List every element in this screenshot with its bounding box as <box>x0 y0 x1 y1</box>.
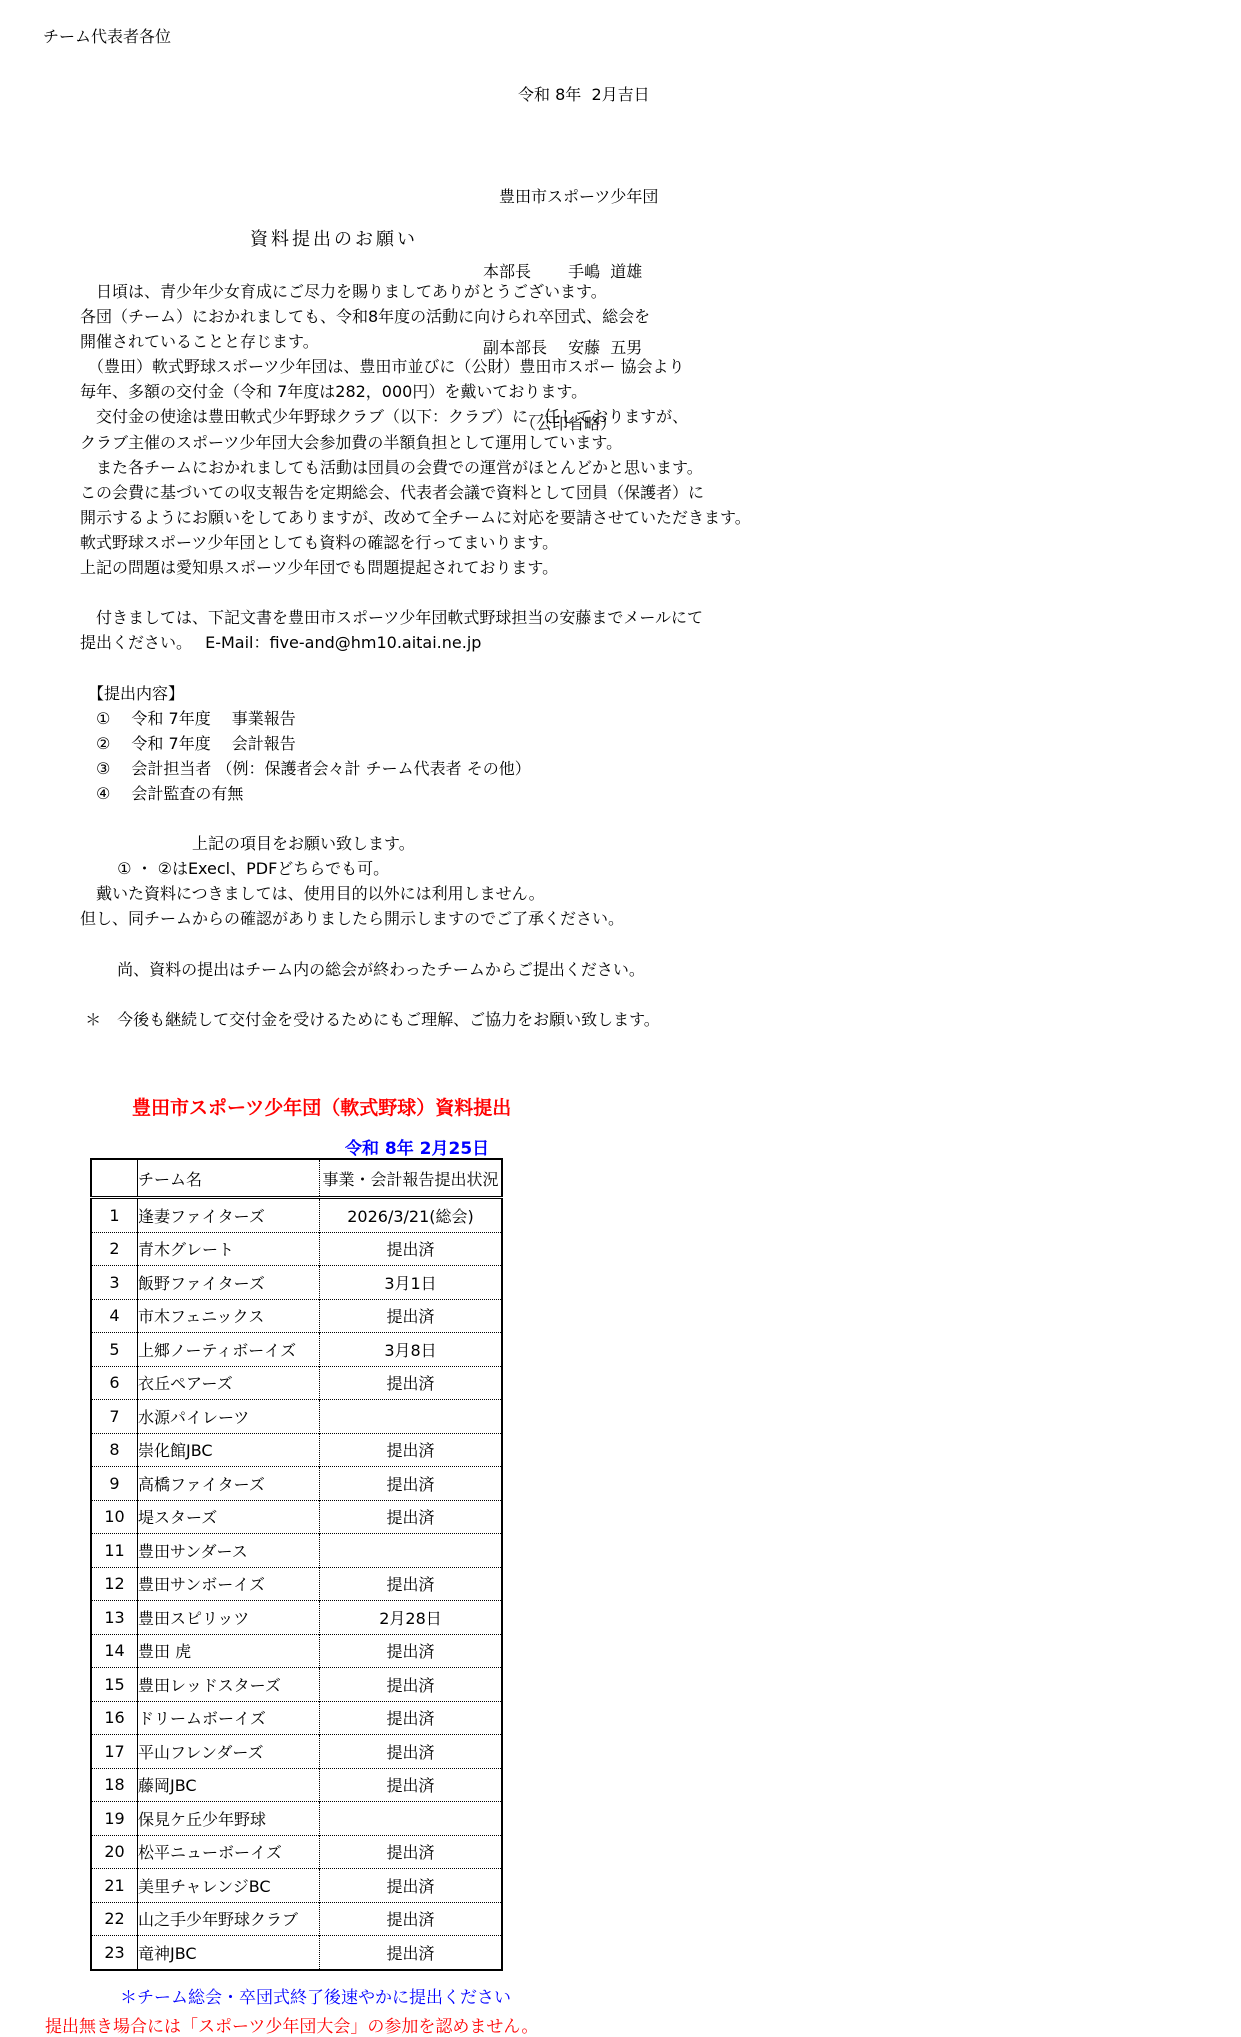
table-row: 19保見ケ丘少年野球 <box>91 1802 502 1836</box>
col-header-submission-status: 事業・会計報告提出状況 <box>320 1159 503 1198</box>
letter-line: ① 令和 7年度 事業報告 <box>80 706 751 731</box>
table-row: 17平山フレンダーズ提出済 <box>91 1735 502 1769</box>
cell-team: 竜神JBC <box>138 1936 320 1970</box>
table-row: 16ドリームボーイズ提出済 <box>91 1701 502 1735</box>
letter-line: 開示するようにお願いをしてありますが、改めて全チームに対応を要請させていただきま… <box>80 505 751 530</box>
cell-no: 12 <box>91 1567 138 1601</box>
cell-team: 豊田サンダース <box>138 1534 320 1568</box>
letter-line <box>80 806 751 831</box>
cell-status: 2月28日 <box>320 1601 503 1635</box>
cell-team: 美里チャレンジBC <box>138 1869 320 1903</box>
cell-team: 松平ニューボーイズ <box>138 1835 320 1869</box>
cell-team: 市木フェニックス <box>138 1299 320 1333</box>
cell-status <box>320 1400 503 1434</box>
letter-line: 上記の項目をお願い致します。 <box>80 831 751 856</box>
letter-line: 但し、同チームからの確認がありましたら開示しますのでご了承ください。 <box>80 906 751 931</box>
addressee: チーム代表者各位 <box>43 24 171 47</box>
table-row: 22山之手少年野球クラブ提出済 <box>91 1902 502 1936</box>
table-row: 1逢妻ファイターズ2026/3/21(総会) <box>91 1198 502 1233</box>
cell-no: 2 <box>91 1232 138 1266</box>
cell-no: 6 <box>91 1366 138 1400</box>
table-row: 15豊田レッドスターズ提出済 <box>91 1668 502 1702</box>
table-header: チーム名 事業・会計報告提出状況 <box>91 1159 502 1198</box>
letter-line: 毎年、多額の交付金（令和 7年度は282，000円）を戴いております。 <box>80 379 751 404</box>
table-row: 4市木フェニックス提出済 <box>91 1299 502 1333</box>
cell-status: 提出済 <box>320 1869 503 1903</box>
cell-no: 16 <box>91 1701 138 1735</box>
cell-team: 保見ケ丘少年野球 <box>138 1802 320 1836</box>
letter-line: 各団（チーム）におかれましても、令和8年度の活動に向けられ卒団式、総会を <box>80 304 751 329</box>
letter-line: 戴いた資料につきましては、使用目的以外には利用しません。 <box>80 881 751 906</box>
cell-team: 豊田サンボーイズ <box>138 1567 320 1601</box>
cell-status: 提出済 <box>320 1232 503 1266</box>
cell-no: 10 <box>91 1500 138 1534</box>
table-row: 9高橋ファイターズ提出済 <box>91 1467 502 1501</box>
cell-status: 提出済 <box>320 1567 503 1601</box>
cell-status: 提出済 <box>320 1366 503 1400</box>
table-row: 10堤スターズ提出済 <box>91 1500 502 1534</box>
letter-line: 尚、資料の提出はチーム内の総会が終わったチームからご提出ください。 <box>80 957 751 982</box>
table-row: 2青木グレート提出済 <box>91 1232 502 1266</box>
cell-no: 23 <box>91 1936 138 1970</box>
cell-status: 提出済 <box>320 1768 503 1802</box>
cell-status: 2026/3/21(総会) <box>320 1198 503 1233</box>
cell-status: 提出済 <box>320 1433 503 1467</box>
cell-no: 20 <box>91 1835 138 1869</box>
cell-no: 8 <box>91 1433 138 1467</box>
issue-date: 令和 8年 2月吉日 <box>518 82 650 105</box>
cell-team: 崇化館JBC <box>138 1433 320 1467</box>
cell-no: 15 <box>91 1668 138 1702</box>
table-row: 23竜神JBC提出済 <box>91 1936 502 1970</box>
table-row: 14豊田 虎提出済 <box>91 1634 502 1668</box>
table-row: 8崇化館JBC提出済 <box>91 1433 502 1467</box>
cell-no: 1 <box>91 1198 138 1233</box>
letter-line: 交付金の使途は豊田軟式少年野球クラブ（以下：クラブ）に一任しておりますが、 <box>80 404 751 429</box>
letter-line: ② 令和 7年度 会計報告 <box>80 731 751 756</box>
table-row: 20松平ニューボーイズ提出済 <box>91 1835 502 1869</box>
letter-line: 開催されていることと存じます。 <box>80 329 751 354</box>
table-row: 18藤岡JBC提出済 <box>91 1768 502 1802</box>
letter-body: 日頃は、青少年少女育成にご尽力を賜りましてありがとうございます。各団（チーム）に… <box>80 279 751 1032</box>
table-row: 11豊田サンダース <box>91 1534 502 1568</box>
cell-team: 上郷ノーティボーイズ <box>138 1333 320 1367</box>
letter-line: この会費に基づいての収支報告を定期総会、代表者会議で資料として団員（保護者）に <box>80 480 751 505</box>
cell-status: 3月8日 <box>320 1333 503 1367</box>
cell-team: 飯野ファイターズ <box>138 1266 320 1300</box>
report-title: 豊田市スポーツ少年団（軟式野球）資料提出 <box>132 1093 511 1120</box>
col-header-index <box>91 1159 138 1198</box>
table-row: 21美里チャレンジBC提出済 <box>91 1869 502 1903</box>
cell-no: 22 <box>91 1902 138 1936</box>
table-row: 6衣丘ペアーズ提出済 <box>91 1366 502 1400</box>
cell-team: 豊田レッドスターズ <box>138 1668 320 1702</box>
letter-line: 【提出内容】 <box>80 681 751 706</box>
cell-team: 堤スターズ <box>138 1500 320 1534</box>
table-header-row: チーム名 事業・会計報告提出状況 <box>91 1159 502 1198</box>
cell-team: 平山フレンダーズ <box>138 1735 320 1769</box>
cell-team: 衣丘ペアーズ <box>138 1366 320 1400</box>
cell-team: 水源パイレーツ <box>138 1400 320 1434</box>
letter-line: 提出ください。 E-Mail：five-and@hm10.aitai.ne.jp <box>80 630 751 655</box>
submission-status-table: チーム名 事業・会計報告提出状況 1逢妻ファイターズ2026/3/21(総会)2… <box>90 1158 503 1971</box>
table-row: 7水源パイレーツ <box>91 1400 502 1434</box>
cell-no: 4 <box>91 1299 138 1333</box>
letter-title: 資料提出のお願い <box>250 225 418 251</box>
cell-no: 3 <box>91 1266 138 1300</box>
cell-status: 提出済 <box>320 1467 503 1501</box>
document-page: チーム代表者各位 令和 8年 2月吉日 豊田市スポーツ少年団 本部長 手嶋 道雄… <box>0 0 1241 2037</box>
col-header-team-name: チーム名 <box>138 1159 320 1198</box>
cell-status: 提出済 <box>320 1668 503 1702</box>
letter-line: （豊田）軟式野球スポーツ少年団は、豊田市並びに（公財）豊田市スポー 協会より <box>80 354 751 379</box>
report-date: 令和 8年 2月25日 <box>345 1134 489 1159</box>
letter-line: ① ・ ②はExecl、PDFどちらでも可。 <box>80 856 751 881</box>
cell-team: 逢妻ファイターズ <box>138 1198 320 1233</box>
cell-no: 19 <box>91 1802 138 1836</box>
sender-org: 豊田市スポーツ少年団 <box>483 184 658 209</box>
cell-status: 提出済 <box>320 1902 503 1936</box>
cell-status <box>320 1534 503 1568</box>
cell-no: 5 <box>91 1333 138 1367</box>
cell-no: 7 <box>91 1400 138 1434</box>
letter-line: ③ 会計担当者 （例：保護者会々計 チーム代表者 その他） <box>80 756 751 781</box>
cell-no: 9 <box>91 1467 138 1501</box>
letter-line: 上記の問題は愛知県スポーツ少年団でも問題提起されております。 <box>80 555 751 580</box>
letter-line <box>80 655 751 680</box>
cell-status: 提出済 <box>320 1299 503 1333</box>
table-body: 1逢妻ファイターズ2026/3/21(総会)2青木グレート提出済3飯野ファイター… <box>91 1198 502 1970</box>
letter-line <box>80 982 751 1007</box>
table-row: 12豊田サンボーイズ提出済 <box>91 1567 502 1601</box>
cell-status <box>320 1802 503 1836</box>
letter-line: ＊ 今後も継続して交付金を受けるためにもご理解、ご協力をお願い致します。 <box>80 1007 751 1032</box>
cell-no: 21 <box>91 1869 138 1903</box>
cell-no: 11 <box>91 1534 138 1568</box>
letter-line: また各チームにおかれましても活動は団員の会費での運営がほとんどかと思います。 <box>80 455 751 480</box>
cell-status: 提出済 <box>320 1701 503 1735</box>
note-submit-deadline: ＊チーム総会・卒団式終了後速やかに提出ください <box>120 1983 511 2008</box>
letter-line <box>80 580 751 605</box>
letter-line: 軟式野球スポーツ少年団としても資料の確認を行ってまいります。 <box>80 530 751 555</box>
cell-team: ドリームボーイズ <box>138 1701 320 1735</box>
cell-status: 提出済 <box>320 1835 503 1869</box>
cell-no: 18 <box>91 1768 138 1802</box>
letter-line: 日頃は、青少年少女育成にご尽力を賜りましてありがとうございます。 <box>80 279 751 304</box>
letter-line <box>80 931 751 956</box>
cell-team: 藤岡JBC <box>138 1768 320 1802</box>
table-row: 13豊田スピリッツ2月28日 <box>91 1601 502 1635</box>
cell-status: 提出済 <box>320 1735 503 1769</box>
letter-line: ④ 会計監査の有無 <box>80 781 751 806</box>
table-row: 5上郷ノーティボーイズ3月8日 <box>91 1333 502 1367</box>
cell-team: 高橋ファイターズ <box>138 1467 320 1501</box>
cell-team: 青木グレート <box>138 1232 320 1266</box>
cell-no: 14 <box>91 1634 138 1668</box>
cell-team: 豊田スピリッツ <box>138 1601 320 1635</box>
letter-line: クラブ主催のスポーツ少年団大会参加費の半額負担として運用しています。 <box>80 430 751 455</box>
note-penalty: 提出無き場合には「スポーツ少年団大会」の参加を認めません。 <box>45 2012 538 2037</box>
cell-status: 提出済 <box>320 1936 503 1970</box>
cell-no: 17 <box>91 1735 138 1769</box>
letter-line: 付きましては、下記文書を豊田市スポーツ少年団軟式野球担当の安藤までメールにて <box>80 605 751 630</box>
cell-team: 山之手少年野球クラブ <box>138 1902 320 1936</box>
cell-status: 3月1日 <box>320 1266 503 1300</box>
table-row: 3飯野ファイターズ3月1日 <box>91 1266 502 1300</box>
cell-no: 13 <box>91 1601 138 1635</box>
cell-status: 提出済 <box>320 1500 503 1534</box>
cell-team: 豊田 虎 <box>138 1634 320 1668</box>
cell-status: 提出済 <box>320 1634 503 1668</box>
